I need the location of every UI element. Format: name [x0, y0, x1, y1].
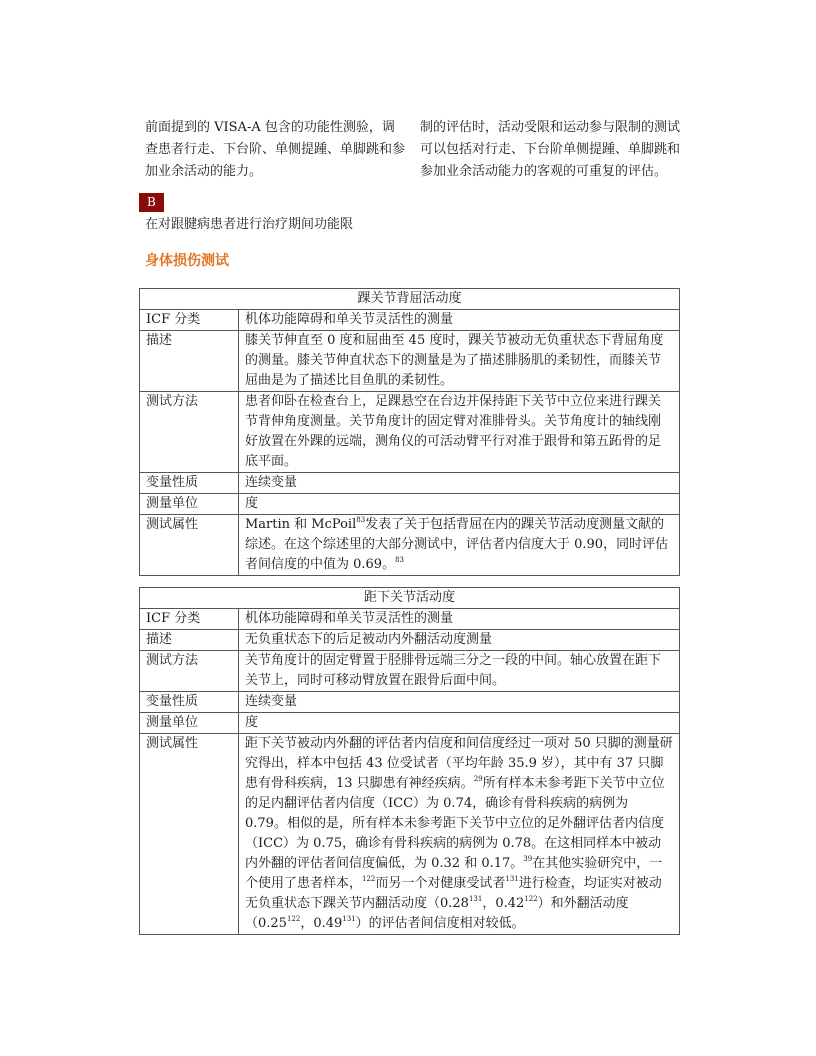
table-row: 测量单位 度: [140, 713, 680, 734]
table-row: ICF 分类 机体功能障碍和单关节灵活性的测量: [140, 609, 680, 630]
table-row: 测试方法 患者仰卧在检查台上，足踝悬空在台边并保持距下关节中立位来进行踝关节背伸…: [140, 392, 680, 473]
intro-paragraph: 前面提到的 VISA-A 包含的功能性测验，调查患者行走、下台阶、单侧提踵、单脚…: [145, 117, 407, 183]
table-row: ICF 分类 机体功能障碍和单关节灵活性的测量: [140, 310, 680, 331]
row-label: 测试方法: [140, 392, 239, 473]
row-value: 度: [239, 494, 680, 515]
citation: 131: [342, 915, 355, 923]
row-label: 描述: [140, 630, 239, 651]
intro-paragraph-right: 制的评估时，活动受限和运动参与限制的测试可以包括对行走、下台阶单侧提踵、单脚跳和…: [420, 117, 682, 183]
row-value: 连续变量: [239, 692, 680, 713]
citation: 83: [395, 556, 404, 564]
citation: 29: [474, 775, 483, 783]
table-row: 描述 无负重状态下的后足被动内外翻活动度测量: [140, 630, 680, 651]
row-value: 机体功能障碍和单关节灵活性的测量: [239, 609, 680, 630]
intro-left-column: 前面提到的 VISA-A 包含的功能性测验，调查患者行走、下台阶、单侧提踵、单脚…: [145, 117, 407, 236]
table-row: 测量单位 度: [140, 494, 680, 515]
row-label: 测量单位: [140, 494, 239, 515]
table-row: 测试属性 距下关节被动内外翻的评估者内信度和间信度经过一项对 50 只脚的测量研…: [140, 734, 680, 935]
row-value: 机体功能障碍和单关节灵活性的测量: [239, 310, 680, 331]
row-label: 描述: [140, 331, 239, 392]
text: 而另一个对健康受试者: [375, 876, 505, 891]
table-row: 描述 膝关节伸直至 0 度和屈曲至 45 度时，踝关节被动无负重状态下背屈角度的…: [140, 331, 680, 392]
row-label: 变量性质: [140, 692, 239, 713]
row-value: 膝关节伸直至 0 度和屈曲至 45 度时，踝关节被动无负重状态下背屈角度的测量。…: [239, 331, 680, 392]
row-value: 患者仰卧在检查台上，足踝悬空在台边并保持距下关节中立位来进行踝关节背伸角度测量。…: [239, 392, 680, 473]
citation: 131: [505, 875, 518, 883]
row-value: 度: [239, 713, 680, 734]
table-row: 测试方法 关节角度计的固定臂置于胫腓骨远端三分之一段的中间。轴心放置在距下关节上…: [140, 651, 680, 692]
table-row: 变量性质 连续变量: [140, 692, 680, 713]
table-row: 测试属性 Martin 和 McPoil83发表了关于包括背屈在内的踝关节活动度…: [140, 515, 680, 576]
row-label: 测试属性: [140, 734, 239, 935]
table-header-row: 距下关节活动度: [140, 588, 680, 609]
row-value: 关节角度计的固定臂置于胫腓骨远端三分之一段的中间。轴心放置在距下关节上，同时可移…: [239, 651, 680, 692]
citation: 131: [469, 895, 482, 903]
section-badge-b: B: [139, 193, 164, 212]
ankle-dorsiflexion-table: 踝关节背屈活动度 ICF 分类 机体功能障碍和单关节灵活性的测量 描述 膝关节伸…: [139, 288, 680, 576]
table-title: 距下关节活动度: [140, 588, 680, 609]
row-label: 变量性质: [140, 473, 239, 494]
row-label: ICF 分类: [140, 310, 239, 331]
section-heading: 身体损伤测试: [145, 250, 229, 270]
text: ）的评估者间信度相对较低。: [356, 916, 525, 931]
row-label: ICF 分类: [140, 609, 239, 630]
intro-paragraph-2: 在对跟腱病患者进行治疗期间功能限: [145, 214, 407, 236]
row-label: 测量单位: [140, 713, 239, 734]
subtalar-rom-table: 距下关节活动度 ICF 分类 机体功能障碍和单关节灵活性的测量 描述 无负重状态…: [139, 587, 680, 935]
table-header-row: 踝关节背屈活动度: [140, 289, 680, 310]
text: ，0.49: [300, 916, 342, 931]
row-value: 无负重状态下的后足被动内外翻活动度测量: [239, 630, 680, 651]
row-label: 测试方法: [140, 651, 239, 692]
citation: 83: [356, 516, 365, 524]
text: ，0.42: [482, 896, 524, 911]
row-value: 距下关节被动内外翻的评估者内信度和间信度经过一项对 50 只脚的测量研究得出，样…: [239, 734, 680, 935]
row-value: Martin 和 McPoil83发表了关于包括背屈在内的踝关节活动度测量文献的…: [239, 515, 680, 576]
table-row: 变量性质 连续变量: [140, 473, 680, 494]
text: Martin 和 McPoil: [245, 517, 356, 532]
row-value: 连续变量: [239, 473, 680, 494]
table-title: 踝关节背屈活动度: [140, 289, 680, 310]
intro-right-column: 制的评估时，活动受限和运动参与限制的测试可以包括对行走、下台阶单侧提踵、单脚跳和…: [420, 117, 682, 183]
citation: 122: [362, 875, 375, 883]
row-label: 测试属性: [140, 515, 239, 576]
citation: 122: [524, 895, 537, 903]
citation: 39: [523, 855, 532, 863]
citation: 122: [287, 915, 300, 923]
